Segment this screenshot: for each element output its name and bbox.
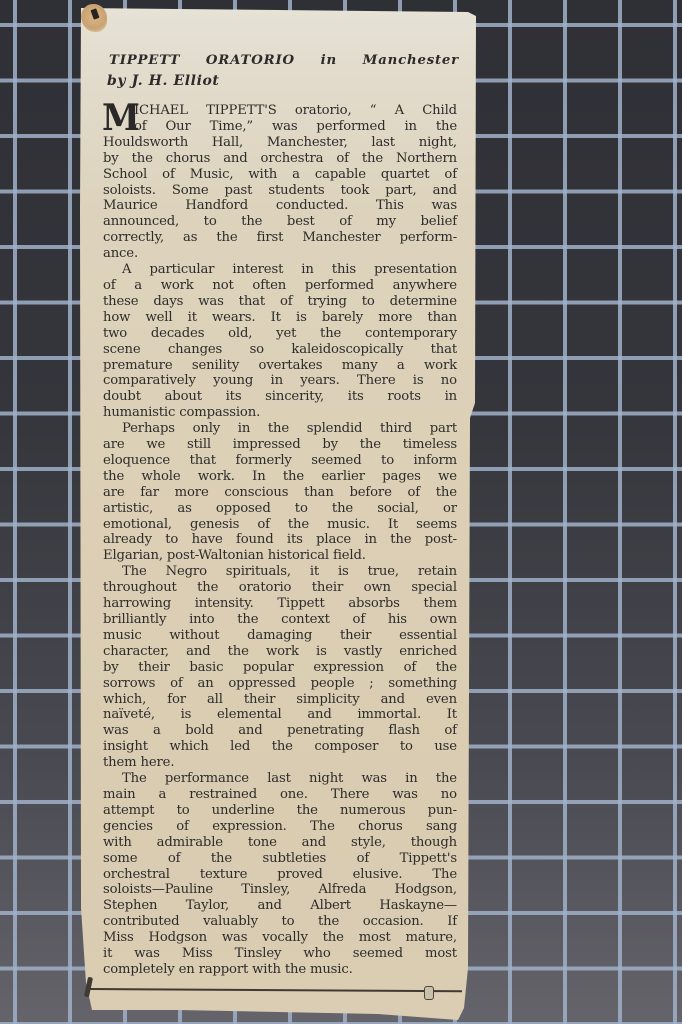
word: post- [425, 532, 457, 548]
word: his [388, 612, 407, 628]
word: which, [103, 692, 146, 708]
word: own [364, 580, 391, 596]
word: barely [322, 310, 363, 326]
word: Manchester [302, 230, 380, 246]
word: kaleidoscopically [291, 342, 403, 358]
word: them [423, 596, 457, 612]
word: The [432, 867, 457, 883]
text-line: throughouttheoratoriotheirownspecial [103, 580, 457, 596]
word: Tippett's [400, 851, 457, 867]
word: expression. [212, 819, 287, 835]
word: flash [388, 723, 419, 739]
text-line: soloists.Somepaststudentstookpart,and [103, 183, 457, 199]
word: and [186, 644, 210, 660]
word: even [426, 692, 457, 708]
word: There [357, 373, 395, 389]
word: Albert [310, 898, 351, 914]
word: a [292, 167, 300, 183]
word: third [380, 421, 412, 437]
word: en [179, 962, 195, 978]
word: Hodgson [149, 930, 207, 946]
word: gencies [103, 819, 153, 835]
text-line: alreadytohavefounditsplaceinthepost- [103, 532, 457, 548]
word: my [376, 214, 396, 230]
tape-mark-icon [81, 4, 107, 32]
word: Haskayne— [379, 898, 457, 914]
word: texture [200, 867, 247, 883]
word: Manchester, [267, 135, 348, 151]
word: one. [280, 787, 308, 803]
word: to [177, 803, 190, 819]
word: compassion. [179, 405, 260, 421]
word: completely [103, 962, 175, 978]
word: overtakes [259, 358, 323, 374]
word: Perhaps [122, 421, 175, 437]
text-line: Theperformancelastnightwasinthe [103, 771, 457, 787]
word: or [443, 501, 457, 517]
word: which [169, 739, 208, 755]
word: the [288, 517, 309, 533]
word: social, [377, 501, 419, 517]
word: the [132, 151, 153, 167]
word: popular [243, 660, 294, 676]
text-line: MauriceHandfordconducted.Thiswas [103, 198, 457, 214]
word: last [267, 771, 291, 787]
word: humanistic [103, 405, 175, 421]
word: a [158, 787, 166, 803]
word: already [103, 532, 152, 548]
word: of [404, 660, 417, 676]
word: Tinsley [235, 946, 282, 962]
text-line: attempttounderlinethenumerouspun- [103, 803, 457, 819]
word: was [103, 723, 128, 739]
word: took [341, 183, 370, 199]
word: soloists—Pauline [103, 882, 213, 898]
word: scene [103, 342, 141, 358]
word: years. [300, 373, 339, 389]
text-line: ICHAELTIPPETT'Soratorio,“AChild [103, 103, 457, 119]
word: occasion. [363, 914, 424, 930]
text-line: Elgarian,post-Waltonianhistoricalfield. [103, 548, 457, 564]
word: Music, [190, 167, 234, 183]
word: timeless [403, 437, 457, 453]
word: best [287, 214, 315, 230]
word: are [103, 437, 125, 453]
word: numerous [340, 803, 406, 819]
word: of [176, 819, 189, 835]
headline-word: ORATORIO [206, 53, 295, 68]
word: Child [422, 103, 457, 119]
word: their [312, 580, 343, 596]
word: contemporary [365, 326, 457, 342]
pin-mark-icon [424, 986, 434, 1000]
word: some [103, 851, 137, 867]
word: an [197, 676, 213, 692]
headline-word: in [321, 53, 337, 68]
word: determine [390, 294, 457, 310]
word: earlier [321, 469, 364, 485]
word: Taylor, [186, 898, 229, 914]
word: vocally [262, 930, 307, 946]
word: we [438, 469, 457, 485]
word: days [153, 294, 183, 310]
text-line: genciesofexpression.Thechorussang [103, 819, 457, 835]
word: Hall, [212, 135, 243, 151]
paragraph: Aparticularinterestinthispresentationofa… [103, 262, 457, 421]
text-line: wasaboldandpenetratingflashof [103, 723, 457, 739]
word: splendid [307, 421, 363, 437]
word: premature [103, 358, 172, 374]
word: Time,” [210, 119, 253, 135]
text-line: Aparticularinterestinthispresentation [103, 262, 457, 278]
word: of [407, 485, 420, 501]
word: genesis [190, 517, 239, 533]
word: its [287, 532, 303, 548]
text-line: scenechangessokaleidoscopicallythat [103, 342, 457, 358]
word: many [342, 358, 378, 374]
word: have [192, 532, 223, 548]
word: own [430, 612, 457, 628]
word: ; [369, 676, 373, 692]
word: enriched [399, 644, 457, 660]
word: of [353, 612, 366, 628]
word: Alfreda [318, 882, 366, 898]
word: part [430, 421, 457, 437]
word: “ [370, 103, 377, 119]
text-line: MissHodgsonwasvocallythemostmature, [103, 930, 457, 946]
text-line: itwasMissTinsleywhoseemedmost [103, 946, 457, 962]
word: before [349, 485, 391, 501]
word: character, [103, 644, 169, 660]
word: it [188, 310, 197, 326]
text-line: mainarestrainedone.Therewasno [103, 787, 457, 803]
word: and [238, 723, 262, 739]
word: Northern [396, 151, 457, 167]
word: in [301, 262, 313, 278]
word: absorbs [348, 596, 399, 612]
word: people [311, 676, 355, 692]
word: was [361, 771, 386, 787]
word: a [397, 358, 405, 374]
word: and [223, 151, 247, 167]
text-line: ofaworknotoftenperformedanywhere [103, 278, 457, 294]
word: elemental [217, 707, 282, 723]
text-line: prematuresenilityovertakesmanyawork [103, 358, 457, 374]
word: the [228, 644, 249, 660]
word: by [103, 660, 119, 676]
word: the [436, 660, 457, 676]
word: penetrating [287, 723, 364, 739]
word: senility [192, 358, 239, 374]
word: correctly, [103, 230, 164, 246]
word: the [360, 437, 381, 453]
text-line: artistic,asopposedtothesocial,or [103, 501, 457, 517]
text-line: thewholework.Intheearlierpageswe [103, 469, 457, 485]
word: doubt [103, 389, 141, 405]
word: underline [212, 803, 275, 819]
word: in [445, 389, 457, 405]
word: The [122, 564, 147, 580]
word: basic [189, 660, 223, 676]
word: night, [419, 135, 457, 151]
word: its [348, 389, 364, 405]
headline-word: Manchester [363, 53, 459, 68]
word: In [252, 469, 265, 485]
word: performed [305, 278, 374, 294]
word: ICHAEL [134, 103, 188, 119]
text-line: correctly,asthefirstManchesterperform- [103, 230, 457, 246]
word: music. [327, 517, 370, 533]
word: Tinsley, [241, 882, 290, 898]
word: in [238, 421, 250, 437]
text-line: sorrowsofanoppressedpeople;something [103, 676, 457, 692]
word: harrowing [103, 596, 171, 612]
word: most [359, 930, 391, 946]
word: main [103, 787, 135, 803]
word: insight [103, 739, 148, 755]
word: Some [172, 183, 209, 199]
word: and [257, 898, 281, 914]
word: particular [149, 262, 214, 278]
word: the [285, 962, 306, 978]
word: It [447, 707, 457, 723]
word: eloquence [103, 453, 170, 469]
article-body: MICHAELTIPPETT'Soratorio,“AChildofOurTim… [103, 103, 457, 978]
word: students [268, 183, 324, 199]
word: The [310, 819, 335, 835]
word: the [436, 119, 457, 135]
word: with [248, 167, 277, 183]
word: without [169, 628, 219, 644]
word: Handford [185, 198, 248, 214]
text-line: TheNegrospirituals,itistrue,retain [103, 564, 457, 580]
text-line: HouldsworthHall,Manchester,lastnight, [103, 135, 457, 151]
text-line: which,foralltheirsimplicityandeven [103, 692, 457, 708]
word: intensity. [195, 596, 254, 612]
word: with [103, 835, 132, 851]
word: chorus [166, 151, 210, 167]
word: TIPPETT'S [206, 103, 277, 119]
word: work. [198, 469, 235, 485]
word: seems [416, 517, 457, 533]
word: past [225, 183, 253, 199]
word: was [222, 930, 247, 946]
headline-word: TIPPETT [109, 53, 180, 68]
text-line: thesedayswasthatoftryingtodetermine [103, 294, 457, 310]
word: capable [315, 167, 366, 183]
word: not [212, 278, 233, 294]
text-line: eloquencethatformerlyseemedtoinform [103, 453, 457, 469]
word: seemed [353, 946, 403, 962]
word: last [371, 135, 395, 151]
word: historical [268, 548, 329, 564]
word: of [170, 676, 183, 692]
word: oratorio [239, 580, 292, 596]
word: the [320, 326, 341, 342]
paragraph: TheNegrospirituals,itistrue,retainthroug… [103, 564, 457, 771]
word: perform- [400, 230, 457, 246]
word: that [239, 294, 265, 310]
word: of [444, 723, 457, 739]
word: proved [277, 867, 322, 883]
text-line: completelyenrapportwiththemusic. [103, 962, 457, 978]
word: here. [141, 755, 175, 771]
word: sorrows [103, 676, 155, 692]
word: It [271, 310, 281, 326]
word: far [140, 485, 159, 501]
word: their [340, 628, 371, 644]
text-line: bythechorusandorchestraoftheNorthern [103, 151, 457, 167]
text-line: naïveté,iselementalandimmortal.It [103, 707, 457, 723]
word: inform [414, 453, 457, 469]
word: and [433, 183, 457, 199]
word: sang [426, 819, 457, 835]
word: as [183, 230, 197, 246]
word: If [447, 914, 457, 930]
word: chorus [358, 819, 402, 835]
word: the [237, 612, 258, 628]
text-line: howwellitwears.Itisbarelymorethan [103, 310, 457, 326]
word: A [122, 262, 131, 278]
word: the [436, 485, 457, 501]
text-line: emotional,genesisofthemusic.Itseems [103, 517, 457, 533]
word: something [388, 676, 457, 692]
word: of [444, 167, 457, 183]
word: of [257, 517, 270, 533]
word: and [302, 835, 326, 851]
word: of [168, 851, 181, 867]
word: more [175, 485, 209, 501]
word: by [103, 151, 119, 167]
word: the [332, 501, 353, 517]
word: announced, [103, 214, 179, 230]
word: that [431, 342, 457, 358]
text-line: StephenTaylor,andAlbertHaskayne— [103, 898, 457, 914]
word: that [190, 453, 216, 469]
word: by [322, 437, 338, 453]
word: work [161, 278, 194, 294]
word: two [103, 326, 127, 342]
text-line: withadmirabletoneandstyle,though [103, 835, 457, 851]
word: is [338, 564, 349, 580]
word: Hodgson, [394, 882, 457, 898]
word: though [411, 835, 457, 851]
word: emotional, [103, 517, 172, 533]
word: was [134, 946, 159, 962]
word: Tippett [277, 596, 324, 612]
word: is [316, 644, 327, 660]
word: a [134, 278, 142, 294]
word: true, [368, 564, 399, 580]
word: is [296, 310, 307, 326]
word: oppressed [228, 676, 295, 692]
word: yet [276, 326, 296, 342]
word: retain [418, 564, 457, 580]
word: work [266, 644, 299, 660]
word: more [378, 310, 412, 326]
word: oratorio, [295, 103, 352, 119]
word: old, [228, 326, 252, 342]
word: It [388, 517, 398, 533]
text-line: orchestraltextureprovedelusive.The [103, 867, 457, 883]
word: in [271, 373, 283, 389]
word: is [181, 707, 192, 723]
word: in [364, 532, 376, 548]
word: field. [333, 548, 366, 564]
word: led [230, 739, 250, 755]
paragraph: MICHAELTIPPETT'Soratorio,“AChildofOurTim… [103, 103, 457, 262]
word: Stephen [103, 898, 157, 914]
word: the [241, 214, 262, 230]
text-line: ance. [103, 246, 457, 262]
word: it [310, 564, 319, 580]
word: as [177, 501, 191, 517]
word: pun- [428, 803, 457, 819]
word: no [441, 787, 457, 803]
word: to [362, 294, 375, 310]
word: restrained [189, 787, 257, 803]
word: comparatively [103, 373, 196, 389]
word: the [197, 580, 218, 596]
word: use [434, 739, 457, 755]
word: soloists. [103, 183, 156, 199]
word: we [146, 437, 165, 453]
word: elusive. [353, 867, 403, 883]
text-line: ofOurTime,”wasperformedinthe [103, 119, 457, 135]
word: conscious [224, 485, 288, 501]
word: roots [387, 389, 421, 405]
word: with [252, 962, 281, 978]
word: of [339, 214, 352, 230]
word: and [381, 692, 405, 708]
word: conducted. [276, 198, 348, 214]
word: wears. [212, 310, 255, 326]
word: quartet [381, 167, 429, 183]
word: impressed [233, 437, 301, 453]
word: context [281, 612, 330, 628]
word: artistic, [103, 501, 153, 517]
word: naïveté, [103, 707, 155, 723]
word: vastly [344, 644, 382, 660]
word: to [381, 453, 394, 469]
word: was [272, 119, 297, 135]
text-line: arewestillimpressedbythetimeless [103, 437, 457, 453]
drop-cap: M [102, 103, 140, 133]
word: their [244, 692, 275, 708]
word: how [103, 310, 130, 326]
word: a [153, 723, 161, 739]
word: is [413, 373, 424, 389]
text-line: twodecadesold,yetthecontemporary [103, 326, 457, 342]
word: often [252, 278, 286, 294]
word: simplicity [296, 692, 359, 708]
word: who [303, 946, 330, 962]
word: contributed [103, 914, 179, 930]
word: into [189, 612, 214, 628]
text-line: comparativelyyounginyears.Thereisno [103, 373, 457, 389]
word: its [226, 389, 242, 405]
word: music. [310, 962, 353, 978]
word: trying [307, 294, 346, 310]
word: post-Waltonian [167, 548, 264, 564]
word: orchestral [103, 867, 170, 883]
text-line: soloists—PaulineTinsley,AlfredaHodgson, [103, 882, 457, 898]
word: and [307, 707, 331, 723]
word: their [138, 660, 169, 676]
word: to [165, 532, 178, 548]
word: Elgarian, [103, 548, 163, 564]
word: these [103, 294, 138, 310]
